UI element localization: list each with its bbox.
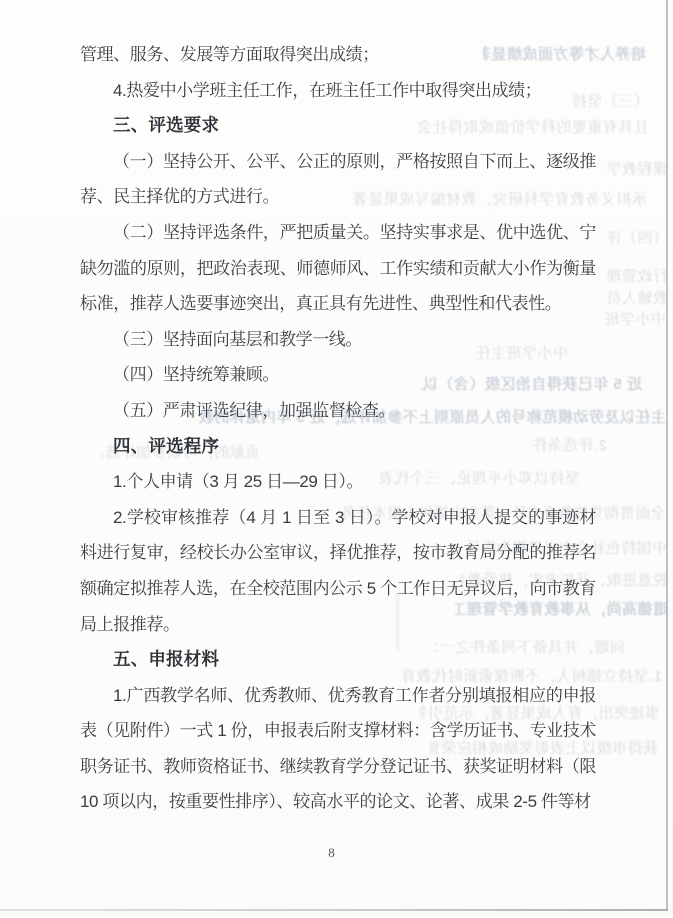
paragraph: 1.广西教学名师、优秀教师、优秀教育工作者分别填报相应的申报表（见附件）一式 1… [80, 678, 596, 820]
paragraph: （五）严肃评选纪律，加强监督检查。 [80, 393, 596, 429]
paragraph: 4.热爱中小学班主任工作，在班主任工作中取得突出成绩； [80, 73, 596, 109]
bleedthrough-text-artifact: 中小学班 [596, 311, 666, 329]
bleedthrough-text-artifact: （四）评 [600, 230, 668, 248]
paragraph: （一）坚持公开、公平、公正的原则，严格按照自下而上、逐级推荐、民主择优的方式进行… [80, 144, 596, 215]
paragraph: 管理、服务、发展等方面取得突出成绩； [80, 37, 596, 73]
paragraph: （四）坚持统筹兼顾。 [80, 357, 596, 393]
paragraph: （二）坚持评选条件，严把质量关。坚持实事求是、优中选优、宁缺勿滥的原则，把政治表… [80, 215, 596, 322]
paragraph: （三）坚持面向基层和教学一线。 [80, 322, 596, 358]
paragraph: 五、申报材料 [80, 642, 596, 678]
bleedthrough-text-artifact: 行政管理 [594, 268, 668, 286]
paragraph: 四、评选程序 [80, 429, 596, 465]
bleedthrough-text-artifact: 教辅人员 [594, 290, 668, 308]
scanned-document-page: 培养人才等方面成绩显著（三）坚持且具有重要的科学价值或取得社会效益；课程教学承担… [0, 0, 673, 918]
paragraph: 1.个人申请（3 月 25 日—29 日）。 [80, 464, 596, 500]
page-number: 8 [0, 845, 663, 861]
paragraph: 三、评选要求 [80, 108, 596, 144]
scan-crease-mark [396, 592, 399, 650]
bleedthrough-text-artifact: 课程教学 [598, 161, 668, 179]
document-body-text: 管理、服务、发展等方面取得突出成绩；4.热爱中小学班主任工作，在班主任工作中取得… [80, 37, 596, 820]
scan-edge-bottom [0, 909, 668, 911]
paragraph: 2.学校审核推荐（4 月 1 日至 3 日）。学校对申报人提交的事迹材料进行复审… [80, 500, 596, 642]
scan-edge-right [666, 0, 668, 910]
